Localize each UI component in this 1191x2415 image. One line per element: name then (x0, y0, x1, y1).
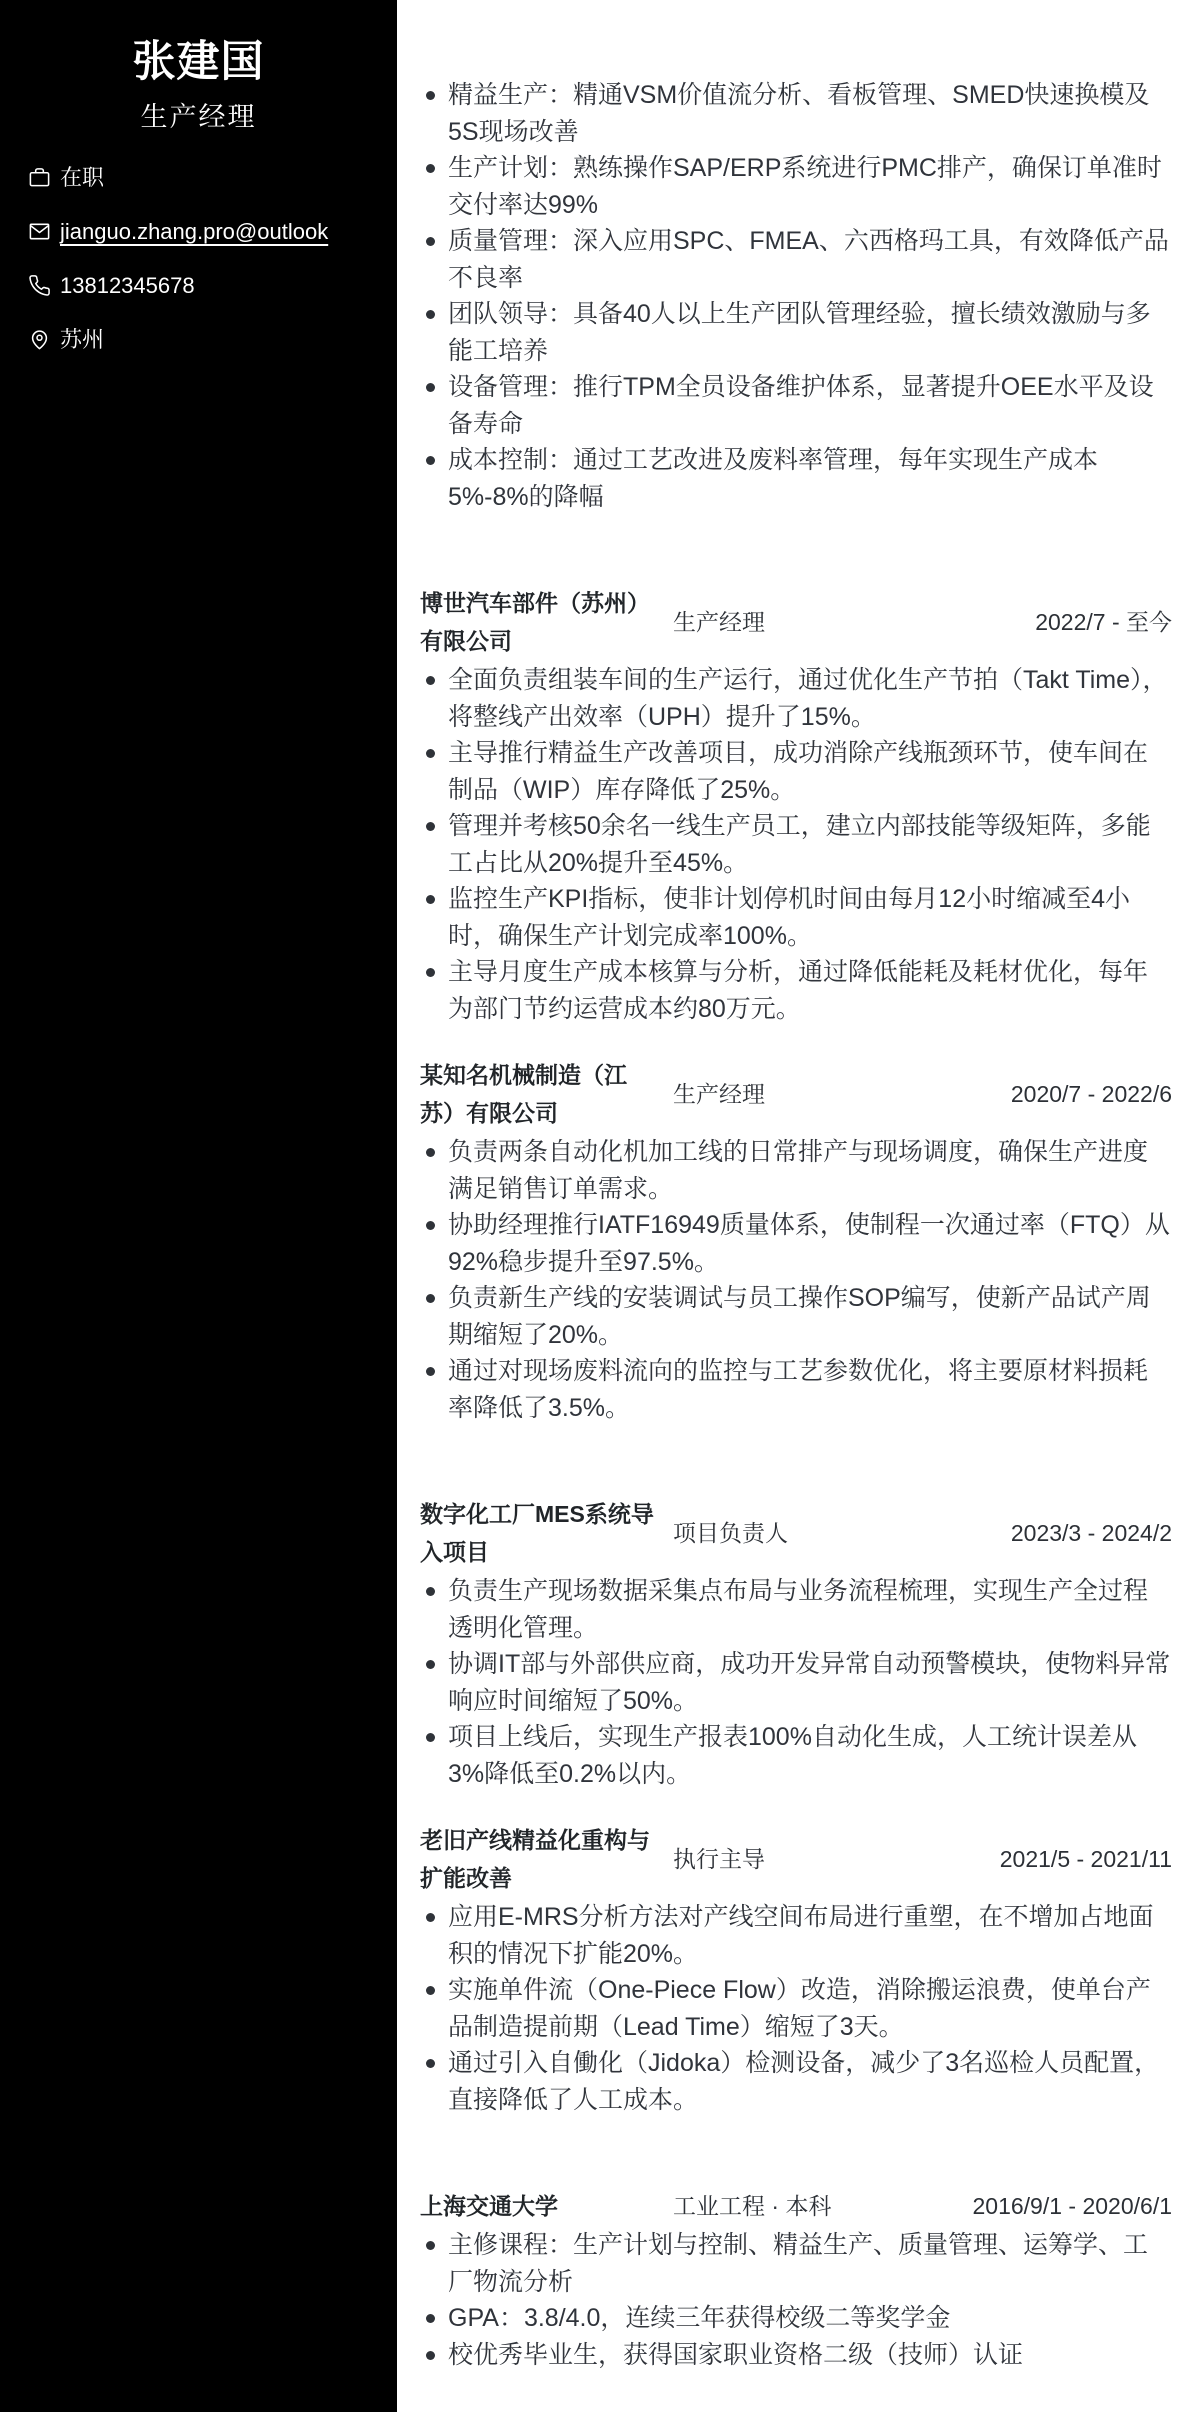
entry-header: 老旧产线精益化重构与扩能改善 执行主导 2021/5 - 2021/11 (420, 1821, 1172, 1897)
person-name: 张建国 (20, 36, 377, 88)
entry-bullet: 负责新生产线的安装调试与员工操作SOP编写，使新产品试产周期缩短了20%。 (420, 1280, 1172, 1353)
entry-bullet: GPA：3.8/4.0，连续三年获得校级二等奖学金 (420, 2300, 1172, 2337)
entry-bullets: 主修课程：生产计划与控制、精益生产、质量管理、运筹学、工厂物流分析GPA：3.8… (420, 2227, 1172, 2373)
entry-bullet: 主导推行精益生产改善项目，成功消除产线瓶颈环节，使车间在制品（WIP）库存降低了… (420, 735, 1172, 808)
entry-role: 项目负责人 (673, 1514, 998, 1552)
entry-bullet: 主修课程：生产计划与控制、精益生产、质量管理、运筹学、工厂物流分析 (420, 2227, 1172, 2300)
summary-list: 精益生产：精通VSM价值流分析、看板管理、SMED快速换模及5S现场改善生产计划… (420, 77, 1172, 515)
summary-bullet: 生产计划：熟练操作SAP/ERP系统进行PMC排产，确保订单准时交付率达99% (420, 150, 1172, 223)
phone-icon (27, 274, 51, 298)
entry-header: 数字化工厂MES系统导入项目 项目负责人 2023/3 - 2024/2 (420, 1495, 1172, 1571)
entry-header: 某知名机械制造（江苏）有限公司 生产经理 2020/7 - 2022/6 (420, 1056, 1172, 1132)
entry-header: 上海交通大学 工业工程 · 本科 2016/9/1 - 2020/6/1 (420, 2187, 1172, 2225)
contact-text: 13812345678 (60, 272, 195, 299)
contact-text: 苏州 (60, 326, 104, 353)
entry-org: 数字化工厂MES系统导入项目 (420, 1495, 660, 1571)
sections-container: 博世汽车部件（苏州）有限公司 生产经理 2022/7 - 至今 全面负责组装车间… (420, 584, 1172, 2373)
entry-header: 博世汽车部件（苏州）有限公司 生产经理 2022/7 - 至今 (420, 584, 1172, 660)
summary-bullet: 团队领导：具备40人以上生产团队管理经验，擅长绩效激励与多能工培养 (420, 296, 1172, 369)
content: 精益生产：精通VSM价值流分析、看板管理、SMED快速换模及5S现场改善生产计划… (397, 0, 1191, 2415)
resume-section: 博世汽车部件（苏州）有限公司 生产经理 2022/7 - 至今 全面负责组装车间… (420, 584, 1172, 1426)
entry-bullet: 应用E-MRS分析方法对产线空间布局进行重塑，在不增加占地面积的情况下扩能20%… (420, 1899, 1172, 1972)
contact-row: 苏州 (27, 326, 377, 353)
entry-bullets: 负责两条自动化机加工线的日常排产与现场调度，确保生产进度满足销售订单需求。协助经… (420, 1134, 1172, 1426)
entry-org: 上海交通大学 (420, 2187, 660, 2225)
resume-section: 数字化工厂MES系统导入项目 项目负责人 2023/3 - 2024/2 负责生… (420, 1495, 1172, 2118)
entry-org: 博世汽车部件（苏州）有限公司 (420, 584, 660, 660)
entry-bullet: 实施单件流（One-Piece Flow）改造，消除搬运浪费，使单台产品制造提前… (420, 1972, 1172, 2045)
entry-bullet: 通过引入自働化（Jidoka）检测设备，减少了3名巡检人员配置，直接降低了人工成… (420, 2045, 1172, 2118)
entry-bullet: 全面负责组装车间的生产运行，通过优化生产节拍（Takt Time），将整线产出效… (420, 662, 1172, 735)
entry-date: 2020/7 - 2022/6 (1011, 1075, 1172, 1113)
entry-bullet: 校优秀毕业生，获得国家职业资格二级（技师）认证 (420, 2337, 1172, 2374)
sidebar: 张建国 生产经理 在职jianguo.zhang.pro@outlook1381… (0, 0, 397, 2412)
entry-role: 工业工程 · 本科 (673, 2187, 960, 2225)
entry-role: 执行主导 (673, 1840, 987, 1878)
entry: 数字化工厂MES系统导入项目 项目负责人 2023/3 - 2024/2 负责生… (420, 1495, 1172, 1792)
entry: 老旧产线精益化重构与扩能改善 执行主导 2021/5 - 2021/11 应用E… (420, 1821, 1172, 2118)
resume-page: 张建国 生产经理 在职jianguo.zhang.pro@outlook1381… (0, 0, 1191, 2415)
entry-bullet: 负责两条自动化机加工线的日常排产与现场调度，确保生产进度满足销售订单需求。 (420, 1134, 1172, 1207)
briefcase-icon (27, 166, 51, 190)
entry-bullet: 负责生产现场数据采集点布局与业务流程梳理，实现生产全过程透明化管理。 (420, 1573, 1172, 1646)
contact-row: 在职 (27, 164, 377, 191)
contact-row: jianguo.zhang.pro@outlook (27, 218, 377, 245)
entry-bullet: 协调IT部与外部供应商，成功开发异常自动预警模块，使物料异常响应时间缩短了50%… (420, 1646, 1172, 1719)
entry-date: 2023/3 - 2024/2 (1011, 1514, 1172, 1552)
entry-bullets: 负责生产现场数据采集点布局与业务流程梳理，实现生产全过程透明化管理。协调IT部与… (420, 1573, 1172, 1792)
entry-bullet: 通过对现场废料流向的监控与工艺参数优化，将主要原材料损耗率降低了3.5%。 (420, 1353, 1172, 1426)
summary-bullet: 精益生产：精通VSM价值流分析、看板管理、SMED快速换模及5S现场改善 (420, 77, 1172, 150)
entry-role: 生产经理 (673, 603, 1022, 641)
entry-bullet: 主导月度生产成本核算与分析，通过降低能耗及耗材优化，每年为部门节约运营成本约80… (420, 954, 1172, 1027)
entry-org: 老旧产线精益化重构与扩能改善 (420, 1821, 660, 1897)
entry-date: 2016/9/1 - 2020/6/1 (973, 2187, 1173, 2225)
entry-date: 2021/5 - 2021/11 (1000, 1840, 1172, 1878)
contact-row: 13812345678 (27, 272, 377, 299)
email-link[interactable]: jianguo.zhang.pro@outlook (60, 218, 328, 245)
entry-bullets: 全面负责组装车间的生产运行，通过优化生产节拍（Takt Time），将整线产出效… (420, 662, 1172, 1027)
entry: 某知名机械制造（江苏）有限公司 生产经理 2020/7 - 2022/6 负责两… (420, 1056, 1172, 1426)
location-icon (27, 328, 51, 352)
resume-section: 上海交通大学 工业工程 · 本科 2016/9/1 - 2020/6/1 主修课… (420, 2187, 1172, 2373)
entry-role: 生产经理 (673, 1075, 998, 1113)
entry-bullet: 协助经理推行IATF16949质量体系，使制程一次通过率（FTQ）从92%稳步提… (420, 1207, 1172, 1280)
contact-list: 在职jianguo.zhang.pro@outlook13812345678苏州 (27, 164, 377, 353)
mail-icon (27, 220, 51, 244)
entry-date: 2022/7 - 至今 (1035, 603, 1172, 641)
contact-text: 在职 (60, 164, 104, 191)
summary-bullet: 成本控制：通过工艺改进及废料率管理，每年实现生产成本5%-8%的降幅 (420, 442, 1172, 515)
entry-bullet: 监控生产KPI指标，使非计划停机时间由每月12小时缩减至4小时，确保生产计划完成… (420, 881, 1172, 954)
summary-bullet: 质量管理：深入应用SPC、FMEA、六西格玛工具，有效降低产品不良率 (420, 223, 1172, 296)
entry: 上海交通大学 工业工程 · 本科 2016/9/1 - 2020/6/1 主修课… (420, 2187, 1172, 2373)
person-job-title: 生产经理 (20, 100, 377, 134)
entry-org: 某知名机械制造（江苏）有限公司 (420, 1056, 660, 1132)
summary-bullet: 设备管理：推行TPM全员设备维护体系，显著提升OEE水平及设备寿命 (420, 369, 1172, 442)
entry-bullet: 项目上线后，实现生产报表100%自动化生成，人工统计误差从3%降低至0.2%以内… (420, 1719, 1172, 1792)
entry-bullets: 应用E-MRS分析方法对产线空间布局进行重塑，在不增加占地面积的情况下扩能20%… (420, 1899, 1172, 2118)
entry: 博世汽车部件（苏州）有限公司 生产经理 2022/7 - 至今 全面负责组装车间… (420, 584, 1172, 1027)
entry-bullet: 管理并考核50余名一线生产员工，建立内部技能等级矩阵，多能工占比从20%提升至4… (420, 808, 1172, 881)
